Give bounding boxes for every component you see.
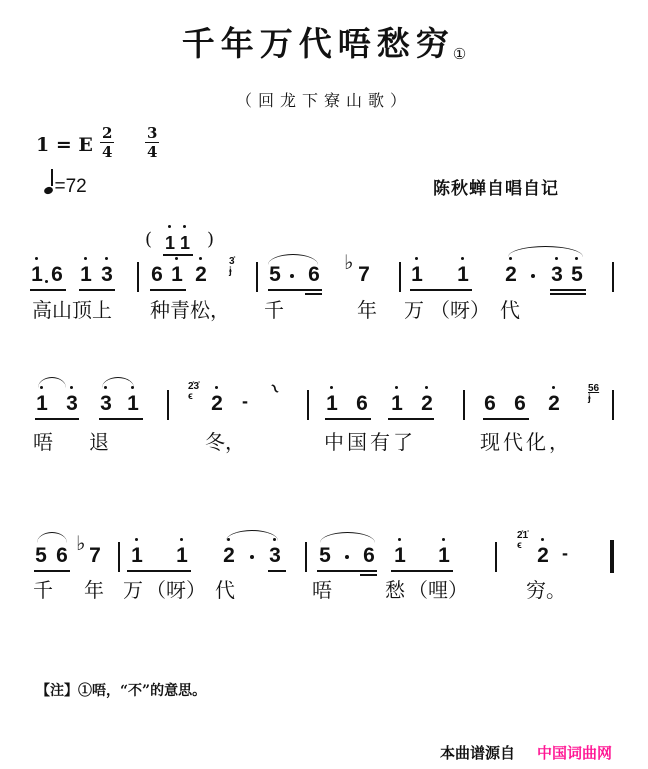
note: 2: [420, 393, 434, 415]
note: 7: [357, 264, 371, 286]
song-title: 千年万代唔愁穷①: [0, 18, 648, 65]
note: 1: [393, 545, 407, 567]
lyric: 退: [89, 430, 109, 454]
note: 2: [504, 264, 518, 286]
slur: [226, 530, 278, 541]
note: 2: [536, 545, 550, 567]
dot: [45, 280, 48, 283]
lyric: 穷。: [526, 578, 566, 602]
barline: [305, 542, 307, 572]
note: 1: [35, 393, 49, 415]
tempo-marking: =72: [44, 175, 87, 198]
lyric: 愁: [385, 578, 405, 602]
note: 5: [570, 264, 584, 286]
barline: [307, 390, 309, 420]
grace-note: 2̇3̇ϵ: [188, 382, 199, 402]
note: 2: [547, 393, 561, 415]
note: 3: [268, 545, 282, 567]
lyric: 种青松，: [150, 298, 230, 322]
lyric: 万: [404, 298, 424, 322]
footnote: 【注】①唔，“不”的意思。: [36, 680, 206, 700]
barline: [463, 390, 465, 420]
lyric: 代: [215, 578, 235, 602]
note: 6: [355, 393, 369, 415]
note: 3: [100, 264, 114, 286]
quarter-note-icon: [43, 186, 54, 196]
lyric: 冬，: [205, 430, 245, 454]
dot: [531, 274, 535, 278]
lyric: 高山顶上: [32, 298, 112, 322]
grace-note: 56ɉ: [588, 384, 599, 404]
slur: [37, 532, 67, 543]
note: 1: [163, 232, 177, 254]
slur: [320, 532, 375, 543]
grace-note: 2̇1̇ϵ: [517, 531, 528, 551]
beam: [550, 289, 586, 291]
paren-close: ): [207, 229, 214, 250]
lyric: （呀）: [146, 578, 206, 602]
beam: [35, 418, 79, 420]
lyric: 现代化，: [480, 430, 572, 454]
beam: [317, 570, 377, 572]
time-signature-2-4: 2 4: [100, 124, 114, 161]
note: 6: [150, 264, 164, 286]
beam: [391, 570, 453, 572]
beam: [34, 570, 70, 572]
note: 3: [550, 264, 564, 286]
note: 2: [194, 264, 208, 286]
beam: [268, 570, 286, 572]
note: 1: [437, 545, 451, 567]
note: 6: [50, 264, 64, 286]
beam: [79, 289, 115, 291]
barline: [612, 262, 614, 292]
note: 1: [126, 393, 140, 415]
dot: [290, 274, 294, 278]
note: 1: [30, 264, 44, 286]
source-label: 本曲谱源自: [440, 744, 515, 762]
note: 1: [175, 545, 189, 567]
note: 1: [130, 545, 144, 567]
glissando-icon: ≀: [270, 382, 280, 393]
final-barline: [610, 540, 614, 573]
beam: [388, 418, 434, 420]
footnote-mark: ①: [453, 45, 466, 63]
note: 5: [318, 545, 332, 567]
note: 3: [99, 393, 113, 415]
lyric: 万: [123, 578, 143, 602]
lyric: 代: [500, 298, 520, 322]
lyric: （呀）: [430, 298, 490, 322]
note: 1: [79, 264, 93, 286]
barline: [495, 542, 497, 572]
barline: [118, 542, 120, 572]
lyric: 唔: [33, 430, 53, 454]
beam: [30, 289, 66, 291]
beam: [127, 570, 191, 572]
note: 7: [88, 545, 102, 567]
source-site-link[interactable]: 中国词曲网: [537, 744, 612, 762]
lyric: 年: [357, 298, 377, 322]
lyric: （哩）: [408, 578, 468, 602]
lyric: 唔: [312, 578, 332, 602]
beam: [410, 289, 472, 291]
note: 6: [483, 393, 497, 415]
beam: [150, 289, 186, 291]
slur: [508, 246, 583, 257]
note: 1: [456, 264, 470, 286]
beam: [305, 293, 322, 295]
credit: 陈秋蝉自唱自记: [433, 174, 559, 199]
note: 1: [170, 264, 184, 286]
flat-icon: ♭: [344, 252, 353, 272]
beam: [483, 418, 529, 420]
beam: [163, 254, 193, 256]
note: 1: [325, 393, 339, 415]
dash: -: [562, 543, 568, 564]
time-signature-3-4: 3 4: [145, 124, 159, 161]
beam: [550, 293, 586, 295]
lyric: 年: [84, 578, 104, 602]
note: 3: [65, 393, 79, 415]
barline: [256, 262, 258, 292]
beam: [360, 574, 377, 576]
lyric: 千: [33, 578, 53, 602]
beam: [325, 418, 371, 420]
lyric: 千: [264, 298, 284, 322]
note: 5: [268, 264, 282, 286]
dot: [345, 555, 349, 559]
key-signature: 1 = E: [36, 134, 93, 156]
note: 1: [410, 264, 424, 286]
note: 6: [513, 393, 527, 415]
dot: [250, 555, 254, 559]
barline: [399, 262, 401, 292]
barline: [137, 262, 139, 292]
source-attribution: 本曲谱源自中国词曲网: [440, 742, 612, 763]
barline: [167, 390, 169, 420]
note: 2: [222, 545, 236, 567]
note: 2: [210, 393, 224, 415]
note: 6: [55, 545, 69, 567]
flat-icon: ♭: [76, 533, 85, 553]
paren-open: (: [145, 229, 152, 250]
note: 6: [307, 264, 321, 286]
song-subtitle: （回龙下寮山歌）: [0, 88, 648, 111]
note: 5: [34, 545, 48, 567]
note: 1: [178, 232, 192, 254]
lyric: 中国有了: [324, 430, 416, 454]
grace-note: 3̇ɉ: [229, 257, 235, 277]
note: 6: [362, 545, 376, 567]
beam: [99, 418, 143, 420]
barline: [612, 390, 614, 420]
dash: -: [242, 391, 248, 412]
note: 1: [390, 393, 404, 415]
beam: [268, 289, 322, 291]
